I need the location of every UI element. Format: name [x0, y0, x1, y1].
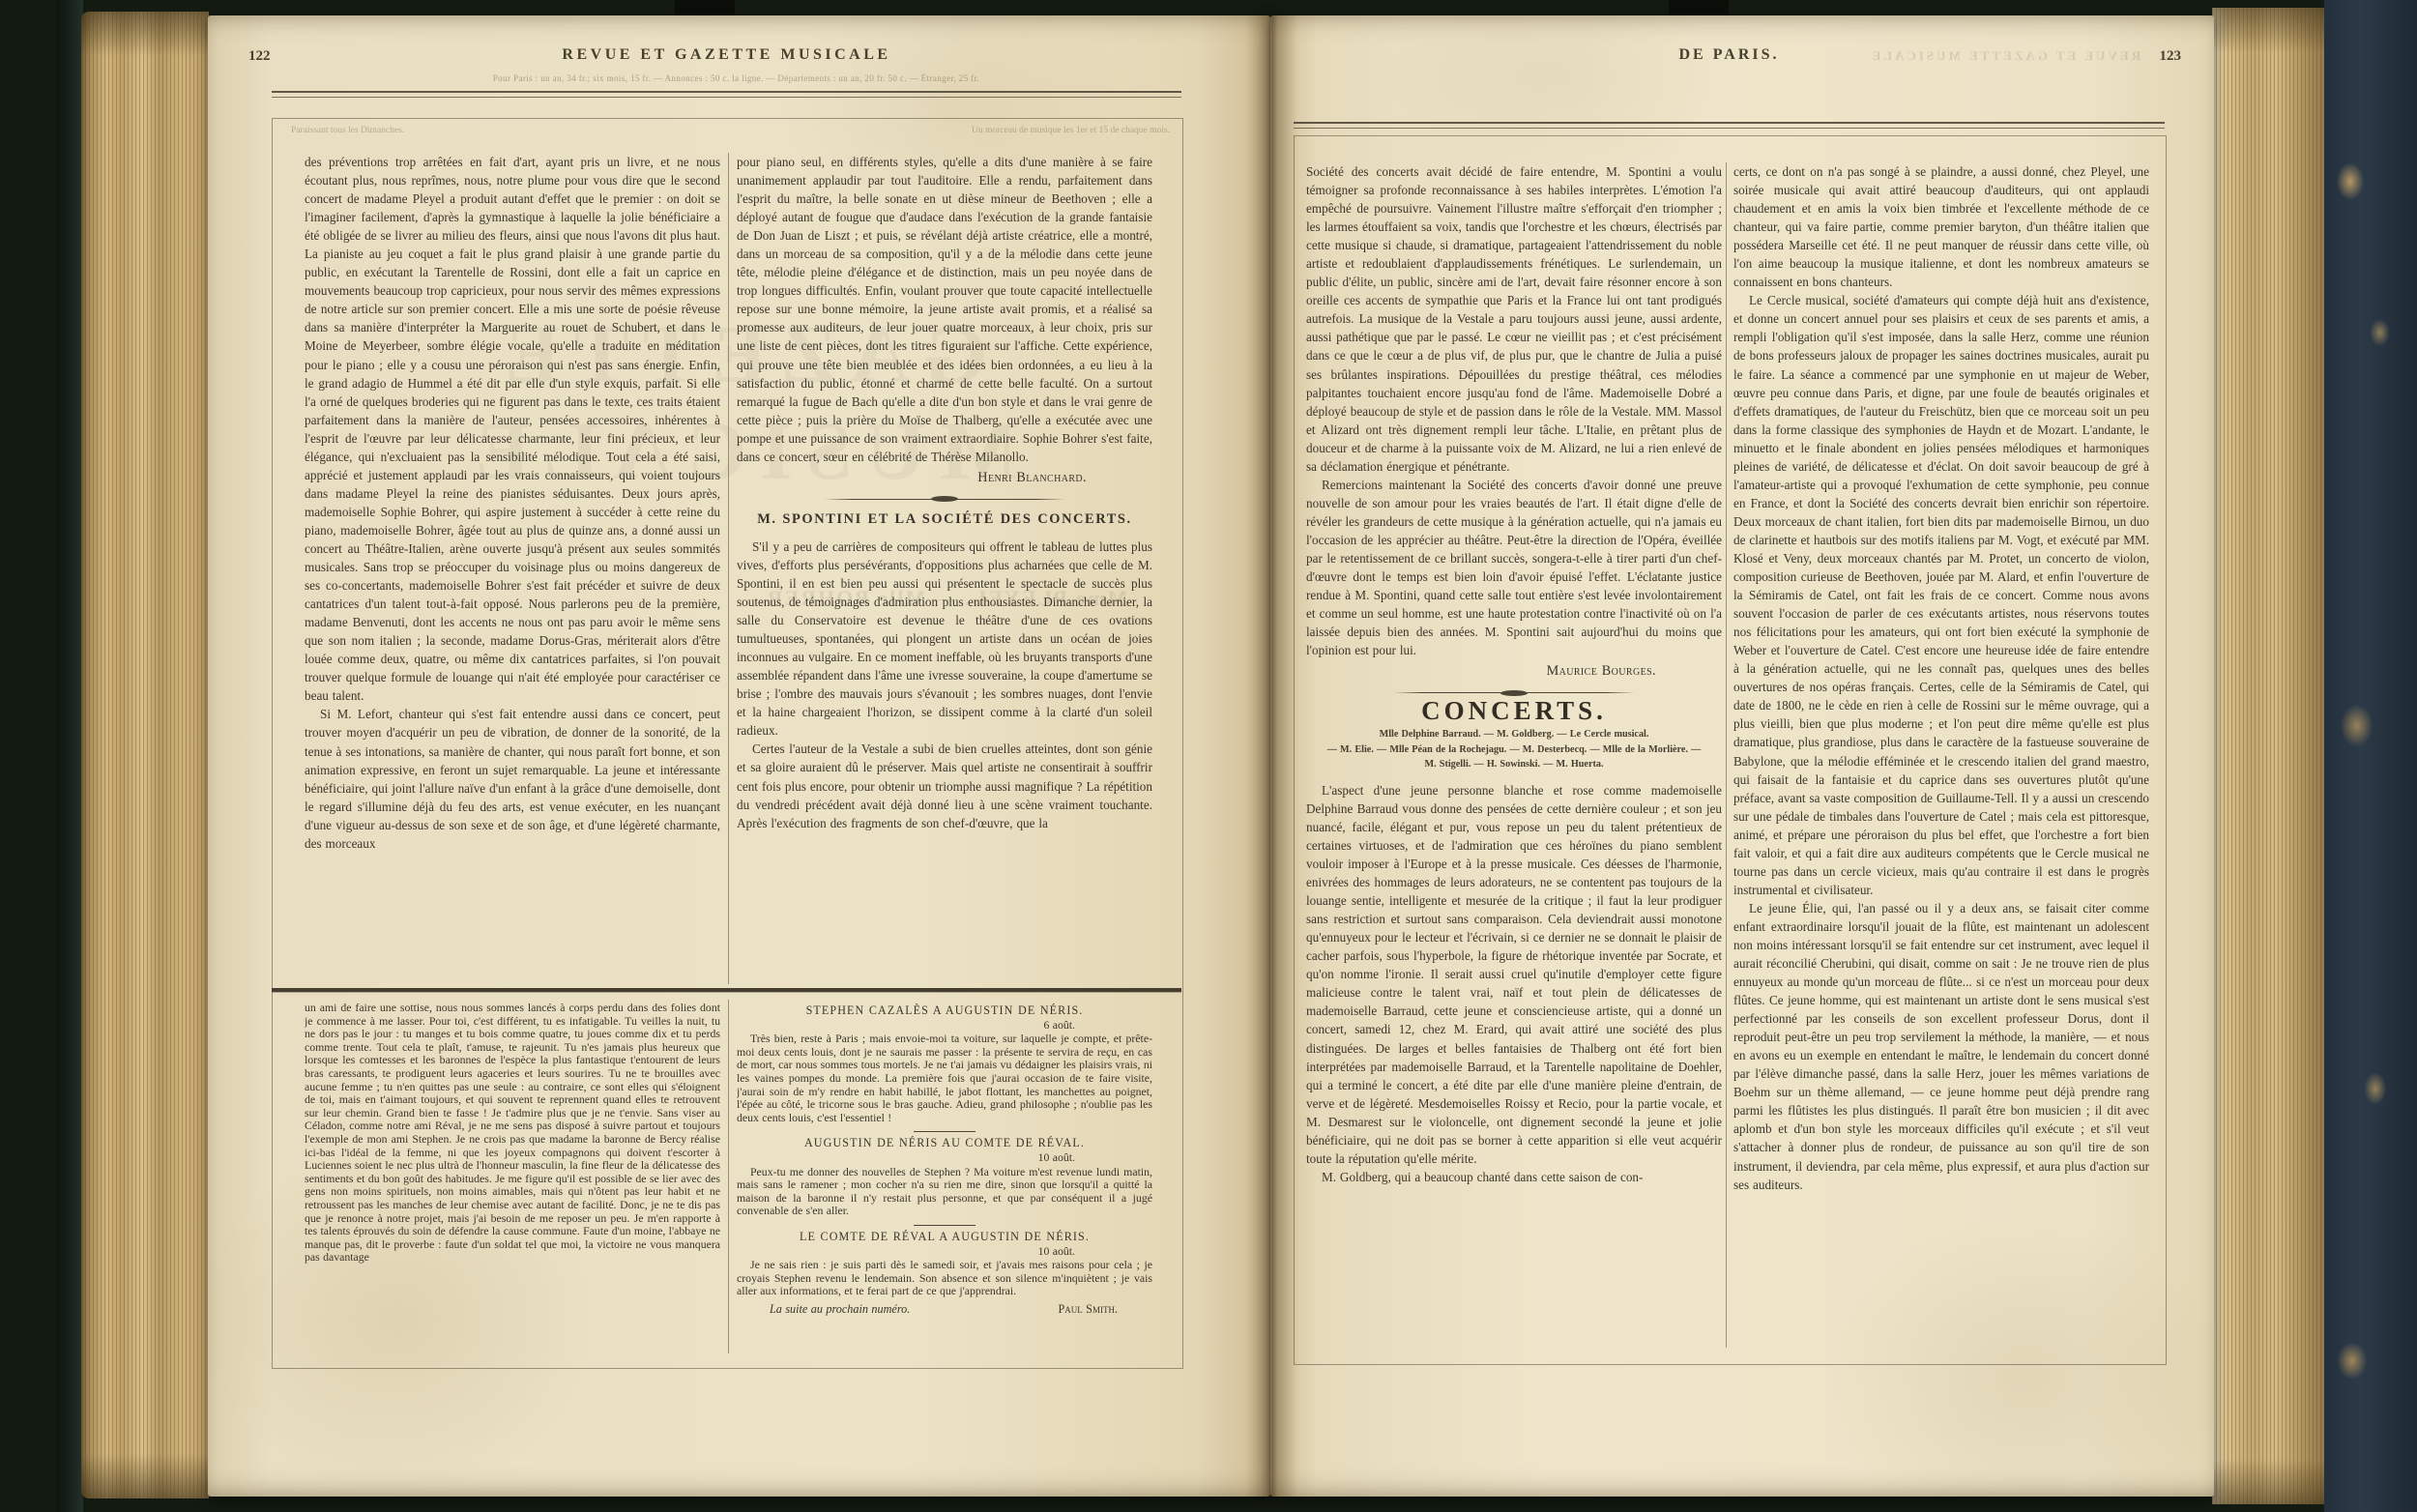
- author-signature: Paul Smith.: [1058, 1303, 1152, 1317]
- letter-body: Je ne sais rien : je suis parti dès le s…: [737, 1259, 1152, 1298]
- running-head-right: DE PARIS.: [1294, 46, 2165, 64]
- page-edges-left: [81, 12, 209, 1498]
- paragraph: des préventions trop arrêtées en fait d'…: [305, 153, 720, 705]
- letter-separator: [914, 1131, 976, 1132]
- column-divider-left-page: [728, 153, 729, 984]
- paragraph: Si M. Lefort, chanteur qui s'est fait en…: [305, 705, 720, 852]
- left-page: 122 REVUE ET GAZETTE MUSICALE Pour Paris…: [208, 15, 1270, 1497]
- paragraph: S'il y a peu de carrières de compositeur…: [737, 538, 1152, 741]
- paragraph: L'aspect d'une jeune personne blanche et…: [1306, 781, 1722, 1168]
- feuilleton-column-divider: [728, 1000, 729, 1353]
- right-page: DE PARIS. 123 REVUE ET GAZETTE MUSICALE …: [1270, 15, 2214, 1497]
- article-column-left-2: pour piano seul, en différents styles, q…: [737, 153, 1152, 982]
- article-column-left-1: des préventions trop arrêtées en fait d'…: [305, 153, 720, 982]
- page-number-left: 122: [248, 48, 271, 65]
- feuilleton-separator-rule: [272, 988, 1181, 992]
- page-edges-right: [2212, 8, 2328, 1504]
- column-divider-right-page: [1726, 162, 1727, 1348]
- letter-body: Peux-tu me donner des nouvelles de Steph…: [737, 1166, 1152, 1218]
- program-line: Mlle Delphine Barraud. — M. Goldberg. — …: [1306, 727, 1722, 742]
- paragraph: M. Goldberg, qui a beaucoup chanté dans …: [1306, 1168, 1722, 1186]
- paragraph: Le Cercle musical, société d'amateurs qu…: [1733, 291, 2149, 899]
- continuation-note: La suite au prochain numéro.: [770, 1303, 910, 1317]
- paragraph: Remercions maintenant la Société des con…: [1306, 476, 1722, 659]
- publication-note-left: Paraissant tous les Dimanches.: [291, 126, 404, 135]
- letter-heading: STEPHEN CAZALÈS A AUGUSTIN DE NÉRIS.: [737, 1004, 1152, 1018]
- running-head-left: REVUE ET GAZETTE MUSICALE: [272, 46, 1181, 64]
- program-line: — M. Elie. — Mlle Péan de la Rochejagu. …: [1306, 742, 1722, 758]
- article-heading: M. SPONTINI ET LA SOCIÉTÉ DES CONCERTS.: [737, 510, 1152, 529]
- program-line: M. Stigelli. — H. Sowinski. — M. Huerta.: [1306, 757, 1722, 772]
- ornamental-rule: [1393, 689, 1635, 696]
- paragraph: Certes l'auteur de la Vestale a subi de …: [737, 740, 1152, 831]
- author-signature: Maurice Bourges.: [1306, 662, 1722, 681]
- page-number-right: 123: [2160, 48, 2182, 65]
- feuilleton-column-1: un ami de faire une sottise, nous nous s…: [305, 1002, 720, 1355]
- ornamental-rule: [824, 496, 1065, 503]
- letter-separator: [914, 1225, 976, 1226]
- feuilleton-continuation: un ami de faire une sottise, nous nous s…: [305, 1002, 720, 1265]
- article-column-right-2: certs, ce dont on n'a pas songé à se pla…: [1733, 162, 2149, 1348]
- feuilleton-column-2: STEPHEN CAZALÈS A AUGUSTIN DE NÉRIS. 6 a…: [737, 1000, 1152, 1355]
- letter-date: 10 août.: [737, 1245, 1152, 1259]
- paragraph: certs, ce dont on n'a pas songé à se pla…: [1733, 162, 2149, 291]
- author-signature: Henri Blanchard.: [737, 469, 1152, 487]
- letter-body: Très bien, reste à Paris ; mais envoie-m…: [737, 1032, 1152, 1124]
- letter-date: 6 août.: [737, 1019, 1152, 1032]
- paragraph: Le jeune Élie, qui, l'an passé ou il y a…: [1733, 899, 2149, 1194]
- book-cover-right-marbled: [2324, 0, 2417, 1512]
- paragraph: pour piano seul, en différents styles, q…: [737, 153, 1152, 466]
- book-cover-left-edge: [56, 0, 83, 1512]
- letter-heading: LE COMTE DE RÉVAL A AUGUSTIN DE NÉRIS.: [737, 1231, 1152, 1244]
- letter-heading: AUGUSTIN DE NÉRIS AU COMTE DE RÉVAL.: [737, 1137, 1152, 1150]
- concerts-heading: CONCERTS.: [1306, 702, 1722, 720]
- paragraph: Société des concerts avait décidé de fai…: [1306, 162, 1722, 476]
- article-column-right-1: Société des concerts avait décidé de fai…: [1306, 162, 1722, 1348]
- concerts-program: Mlle Delphine Barraud. — M. Goldberg. — …: [1306, 727, 1722, 772]
- feuilleton-footer: La suite au prochain numéro. Paul Smith.: [737, 1303, 1152, 1317]
- publication-note-right: Un morceau de musique les 1er et 15 de c…: [972, 126, 1170, 135]
- letter-date: 10 août.: [737, 1151, 1152, 1165]
- header-double-rule-left: [272, 91, 1181, 98]
- masthead-terms: Pour Paris : un an, 34 fr.; six mois, 15…: [276, 73, 1197, 83]
- header-double-rule-right: [1294, 122, 2165, 129]
